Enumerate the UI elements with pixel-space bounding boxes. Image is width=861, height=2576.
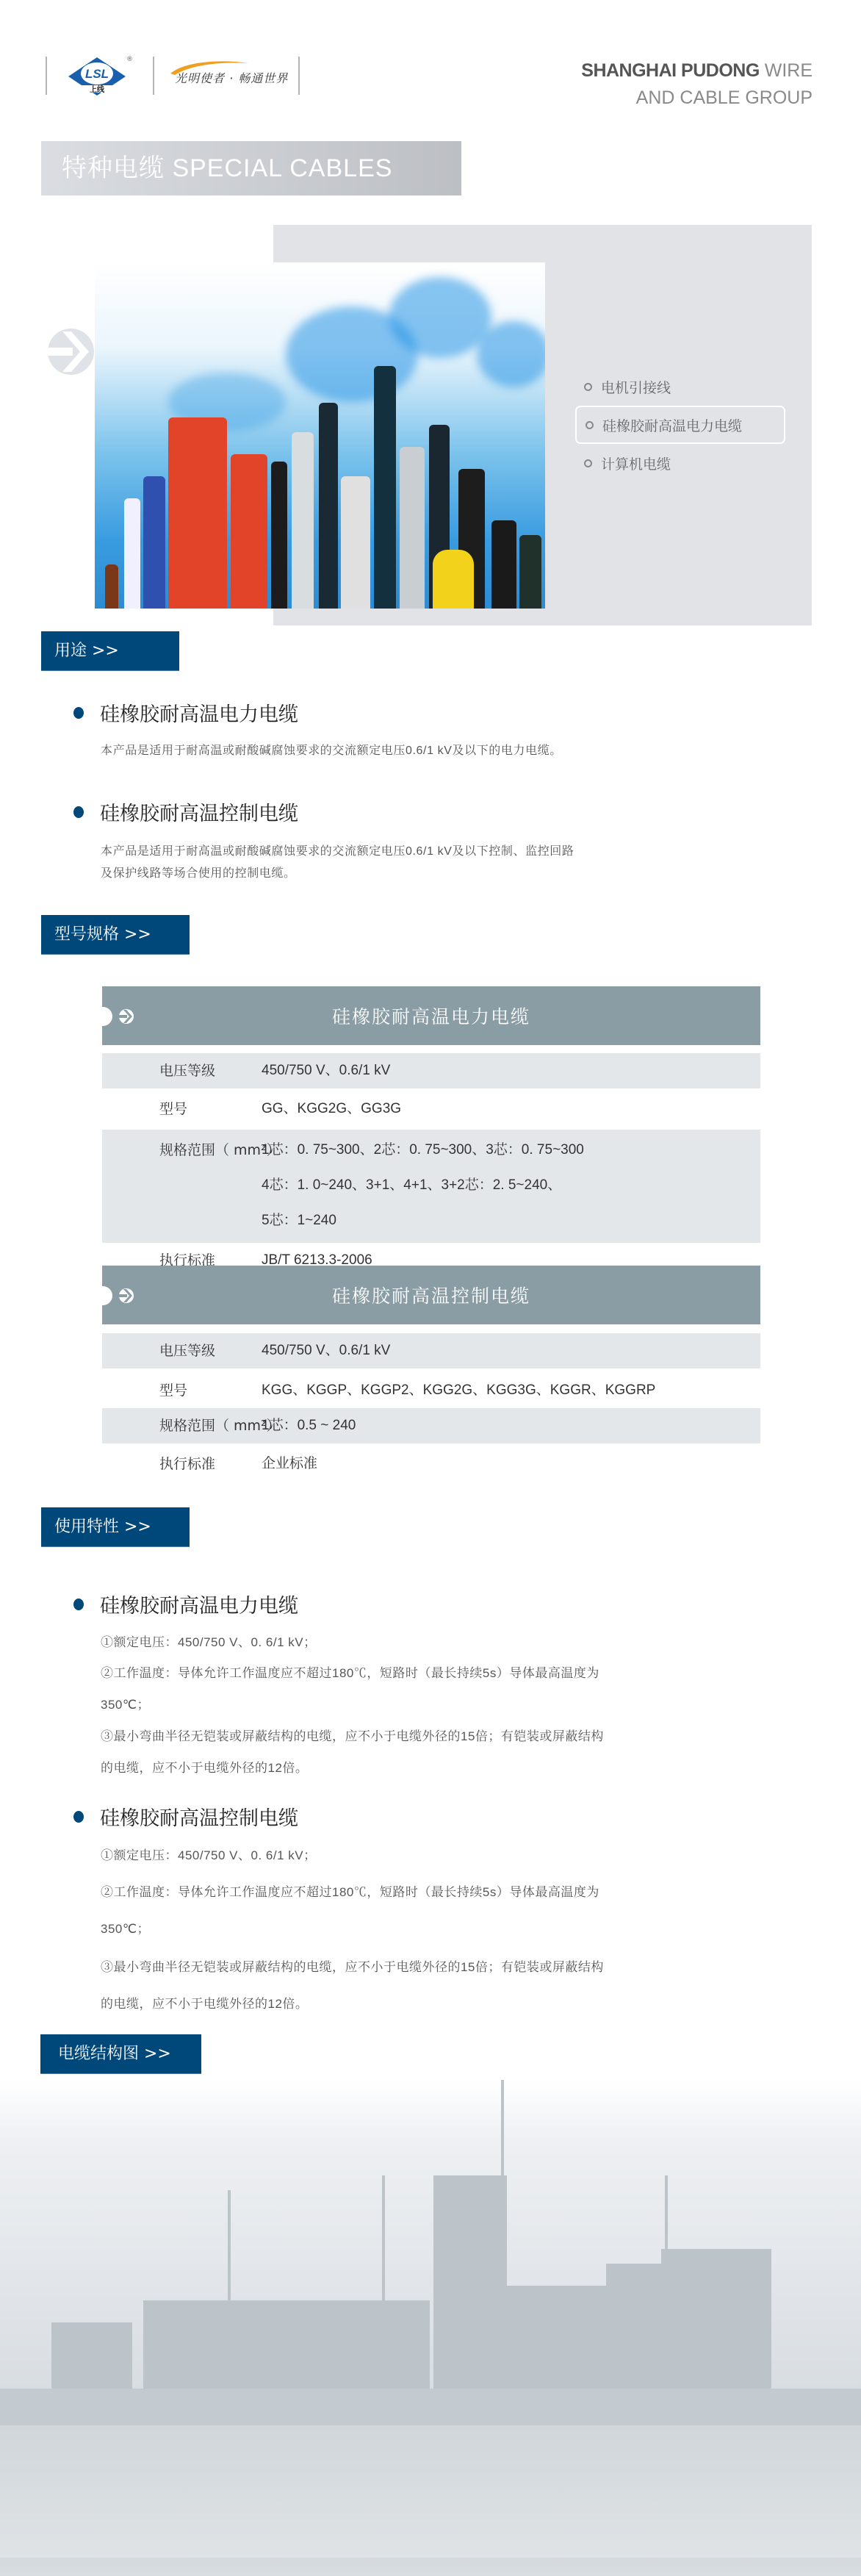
feature-line: ①额定电压：450/750 V、0. 6/1 kV； bbox=[101, 1632, 317, 1650]
spec-key: 电压等级 bbox=[102, 1053, 262, 1088]
spec-table-header: 硅橡胶耐高温控制电缆 bbox=[102, 1266, 760, 1324]
header-cap bbox=[102, 1286, 112, 1305]
category-label: 计算机电缆 bbox=[601, 453, 671, 473]
feature-line: 的电缆，应不小于电缆外径的12倍。 bbox=[101, 1993, 308, 2012]
feature-line: ②工作温度：导体允许工作温度应不超过180℃，短路时（最长持续5s）导体最高温度… bbox=[101, 1662, 599, 1681]
company-name: SHANGHAI PUDONG WIRE AND CABLE GROUP bbox=[581, 57, 813, 112]
spec-key: 型号 bbox=[102, 1091, 262, 1130]
company-name-line2: AND CABLE GROUP bbox=[581, 85, 813, 112]
spec-value: 450/750 V、0.6/1 kV bbox=[262, 1333, 760, 1368]
spec-row: 电压等级 450/750 V、0.6/1 kV bbox=[102, 1053, 760, 1088]
registered-mark: ® bbox=[126, 56, 133, 63]
spec-value: GG、KGG2G、GG3G bbox=[262, 1091, 760, 1127]
spec-table-header: 硅橡胶耐高温电力电缆 bbox=[102, 986, 760, 1045]
feature-item-title: 硅橡胶耐高温控制电缆 bbox=[73, 1802, 298, 1831]
slogan: 光明使者 · 畅通世界 bbox=[175, 69, 288, 86]
spec-value: 1芯：0. 75~300、2芯：0. 75~300、3芯：0. 75~300 bbox=[262, 1133, 760, 1168]
spec-value: 4芯：1. 0~240、3+1、4+1、3+2芯：2. 5~240、 bbox=[262, 1168, 760, 1203]
usage-title-text: 硅橡胶耐高温电力电缆 bbox=[100, 698, 298, 727]
cable-product-image bbox=[95, 262, 545, 609]
section-tab-features[interactable]: 使用特性 >> bbox=[41, 1507, 190, 1547]
spec-row: 执行标准 企业标准 bbox=[102, 1443, 760, 1482]
ring-bullet-icon bbox=[586, 421, 594, 429]
spec-key: 规格范围（ mm²） bbox=[102, 1133, 262, 1238]
spec-table-title: 硅橡胶耐高温电力电缆 bbox=[332, 1002, 530, 1029]
ring-bullet-icon bbox=[584, 383, 592, 391]
spec-value: 450/750 V、0.6/1 kV bbox=[262, 1053, 760, 1088]
section-tab-usage[interactable]: 用途 >> bbox=[41, 631, 179, 671]
company-name-wire: WIRE bbox=[760, 60, 813, 81]
spec-key: 电压等级 bbox=[102, 1333, 262, 1368]
spec-table-control: 硅橡胶耐高温控制电缆 电压等级 450/750 V、0.6/1 kV 型号 KG… bbox=[102, 1266, 760, 1482]
category-item-active[interactable]: 硅橡胶耐高温电力电缆 bbox=[575, 406, 785, 444]
logo-text: LSL bbox=[85, 67, 109, 81]
section-tab-structure[interactable]: 电缆结构图 >> bbox=[40, 2034, 201, 2074]
feature-item-title: 硅橡胶耐高温电力电缆 bbox=[73, 1590, 298, 1618]
company-logo-icon: LSL 上线 bbox=[68, 57, 126, 96]
feature-line: 350℃； bbox=[101, 1694, 150, 1712]
feature-title-text: 硅橡胶耐高温控制电缆 bbox=[100, 1802, 298, 1831]
usage-description: 本产品是适用于耐高温或耐酸碱腐蚀要求的交流额定电压0.6/1 kV及以下控制、监… bbox=[101, 842, 574, 858]
page-title: 特种电缆 SPECIAL CABLES bbox=[41, 141, 461, 195]
spec-table-title: 硅橡胶耐高温控制电缆 bbox=[332, 1282, 530, 1308]
spec-value: 1芯：0.5 ~ 240 bbox=[262, 1408, 760, 1443]
spec-key: 规格范围（ mm²） bbox=[102, 1408, 262, 1443]
usage-description: 及保护线路等场合使用的控制电缆。 bbox=[101, 864, 296, 880]
feature-line: ②工作温度：导体允许工作温度应不超过180℃，短路时（最长持续5s）导体最高温度… bbox=[101, 1881, 599, 1900]
spec-key: 执行标准 bbox=[102, 1446, 262, 1482]
usage-item-title: 硅橡胶耐高温控制电缆 bbox=[73, 797, 298, 826]
usage-title-text: 硅橡胶耐高温控制电缆 bbox=[100, 797, 298, 826]
arrow-right-icon bbox=[118, 1288, 134, 1304]
spec-row: 型号 GG、KGG2G、GG3G bbox=[102, 1088, 760, 1130]
spec-row: 电压等级 450/750 V、0.6/1 kV bbox=[102, 1333, 760, 1368]
feature-title-text: 硅橡胶耐高温电力电缆 bbox=[100, 1590, 298, 1618]
spec-value: 5芯：1~240 bbox=[262, 1203, 760, 1238]
category-label: 硅橡胶耐高温电力电缆 bbox=[602, 415, 742, 435]
spec-key: 型号 bbox=[102, 1373, 262, 1408]
header-divider bbox=[153, 57, 154, 95]
logo-subtext: 上线 bbox=[90, 85, 105, 94]
category-item[interactable]: 计算机电缆 bbox=[575, 444, 796, 482]
usage-item-title: 硅橡胶耐高温电力电缆 bbox=[73, 698, 298, 727]
bullet-dot-icon bbox=[73, 707, 84, 719]
bullet-dot-icon bbox=[73, 806, 84, 818]
feature-line: ③最小弯曲半径无铠装或屏蔽结构的电缆，应不小于电缆外径的15倍；有铠装或屏蔽结构 bbox=[101, 1956, 604, 1975]
ring-bullet-icon bbox=[584, 459, 592, 467]
category-label: 电机引接线 bbox=[601, 377, 671, 397]
feature-line: ①额定电压：450/750 V、0. 6/1 kV； bbox=[101, 1845, 317, 1863]
spec-value: 企业标准 bbox=[262, 1446, 760, 1482]
usage-description: 本产品是适用于耐高温或耐酸碱腐蚀要求的交流额定电压0.6/1 kV及以下的电力电… bbox=[101, 741, 562, 758]
spec-row: 型号 KGG、KGGP、KGGP2、KGG2G、KGG3G、KGGR、KGGRP bbox=[102, 1368, 760, 1408]
spec-table-power: 硅橡胶耐高温电力电缆 电压等级 450/750 V、0.6/1 kV 型号 GG… bbox=[102, 986, 760, 1278]
feature-line: ③最小弯曲半径无铠装或屏蔽结构的电缆，应不小于电缆外径的15倍；有铠装或屏蔽结构 bbox=[101, 1726, 604, 1744]
cityscape-background-image bbox=[0, 2080, 861, 2576]
arrow-right-icon bbox=[118, 1008, 134, 1025]
header-divider bbox=[46, 57, 47, 95]
category-item[interactable]: 电机引接线 bbox=[575, 367, 796, 406]
feature-line: 的电缆，应不小于电缆外径的12倍。 bbox=[101, 1757, 308, 1776]
arrow-right-icon bbox=[48, 329, 94, 375]
bullet-dot-icon bbox=[73, 1811, 84, 1823]
spec-row: 规格范围（ mm²） 1芯：0.5 ~ 240 bbox=[102, 1408, 760, 1443]
spec-value: KGG、KGGP、KGGP2、KGG2G、KGG3G、KGGR、KGGRP bbox=[262, 1373, 760, 1408]
header-cap bbox=[102, 1007, 112, 1026]
section-tab-specs[interactable]: 型号规格 >> bbox=[41, 915, 190, 955]
spec-row: 规格范围（ mm²） 1芯：0. 75~300、2芯：0. 75~300、3芯：… bbox=[102, 1130, 760, 1243]
feature-line: 350℃； bbox=[101, 1918, 150, 1937]
bullet-dot-icon bbox=[73, 1599, 84, 1610]
product-category-list: 电机引接线 硅橡胶耐高温电力电缆 计算机电缆 bbox=[575, 367, 796, 482]
header-divider bbox=[298, 57, 300, 95]
company-name-bold: SHANGHAI PUDONG bbox=[581, 60, 760, 81]
